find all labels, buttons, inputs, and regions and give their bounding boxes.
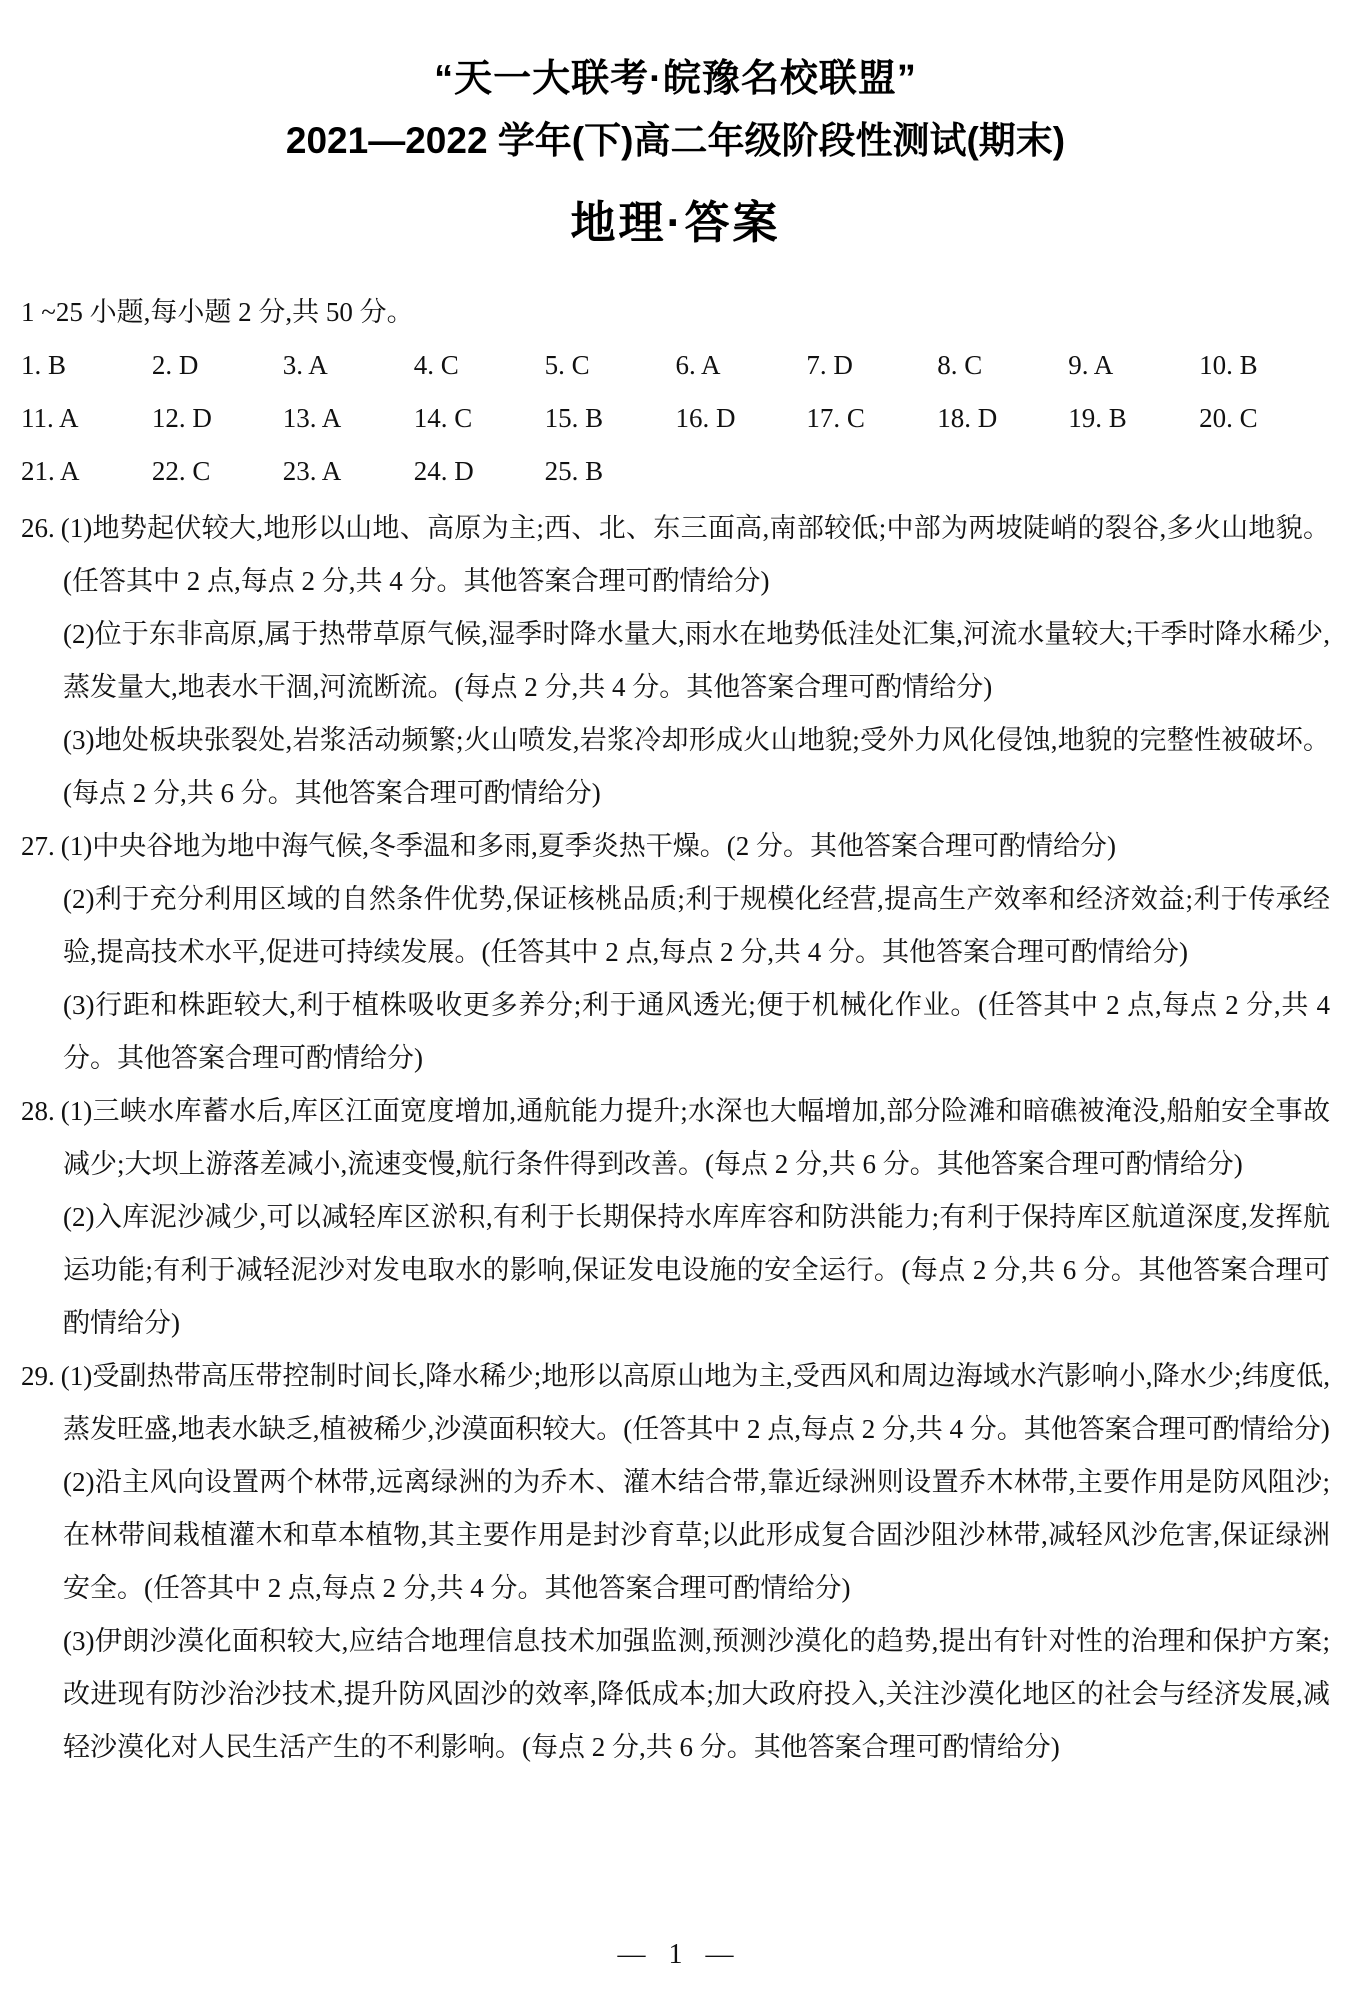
question-part: 26.(1)地势起伏较大,地形以山地、高原为主;西、北、东三面高,南部较低;中部… bbox=[63, 502, 1330, 608]
choice-answer-cell: 13. A bbox=[283, 392, 414, 445]
answer-sheet-page: “天一大联考·皖豫名校联盟” 2021—2022 学年(下)高二年级阶段性测试(… bbox=[0, 0, 1351, 2000]
choice-answer-cell: 11. A bbox=[21, 392, 152, 445]
question-number: 28. bbox=[21, 1096, 55, 1126]
question-29: 29.(1)受副热带高压带控制时间长,降水稀少;地形以高原山地为主,受西风和周边… bbox=[21, 1350, 1330, 1774]
question-part: 29.(1)受副热带高压带控制时间长,降水稀少;地形以高原山地为主,受西风和周边… bbox=[63, 1350, 1330, 1456]
subject-title: 地理·答案 bbox=[21, 196, 1330, 250]
question-part: 27.(1)中央谷地为地中海气候,冬季温和多雨,夏季炎热干燥。(2 分。其他答案… bbox=[63, 820, 1330, 873]
choice-answer-cell: 15. B bbox=[545, 392, 676, 445]
question-28: 28.(1)三峡水库蓄水后,库区江面宽度增加,通航能力提升;水深也大幅增加,部分… bbox=[21, 1085, 1330, 1350]
page-number: — 1 — bbox=[0, 1928, 1351, 1981]
league-title: “天一大联考·皖豫名校联盟” bbox=[21, 56, 1330, 102]
choice-answer-cell: 2. D bbox=[152, 339, 283, 392]
choice-answer-cell: 21. A bbox=[21, 445, 152, 498]
choice-answer-cell: 1. B bbox=[21, 339, 152, 392]
choice-answer-cell: 10. B bbox=[1199, 339, 1330, 392]
question-part: (2)沿主风向设置两个林带,远离绿洲的为乔木、灌木结合带,靠近绿洲则设置乔木林带… bbox=[63, 1456, 1330, 1615]
choice-answer-cell: 6. A bbox=[675, 339, 806, 392]
choice-answer-cell: 25. B bbox=[545, 445, 676, 498]
question-26: 26.(1)地势起伏较大,地形以山地、高原为主;西、北、东三面高,南部较低;中部… bbox=[21, 502, 1330, 820]
choice-answer-cell: 4. C bbox=[414, 339, 545, 392]
choice-answer-cell: 5. C bbox=[545, 339, 676, 392]
question-part: (3)行距和株距较大,利于植株吸收更多养分;利于通风透光;便于机械化作业。(任答… bbox=[63, 979, 1330, 1085]
choice-answer-cell: 19. B bbox=[1068, 392, 1199, 445]
choice-answer-cell: 24. D bbox=[414, 445, 545, 498]
choice-answer-cell: 12. D bbox=[152, 392, 283, 445]
choice-answer-cell: 3. A bbox=[283, 339, 414, 392]
choice-answers-grid: 1. B2. D3. A4. C5. C6. A7. D8. C9. A10. … bbox=[21, 339, 1330, 498]
question-part: (3)地处板块张裂处,岩浆活动频繁;火山喷发,岩浆冷却形成火山地貌;受外力风化侵… bbox=[63, 714, 1330, 820]
scoring-note: 1 ~25 小题,每小题 2 分,共 50 分。 bbox=[21, 286, 1330, 339]
question-part: (3)伊朗沙漠化面积较大,应结合地理信息技术加强监测,预测沙漠化的趋势,提出有针… bbox=[63, 1615, 1330, 1774]
question-number: 29. bbox=[21, 1361, 55, 1391]
question-number: 27. bbox=[21, 831, 55, 861]
choice-answer-cell: 17. C bbox=[806, 392, 937, 445]
free-response-answers: 26.(1)地势起伏较大,地形以山地、高原为主;西、北、东三面高,南部较低;中部… bbox=[21, 502, 1330, 1774]
choice-answer-cell: 8. C bbox=[937, 339, 1068, 392]
question-part: (2)入库泥沙减少,可以减轻库区淤积,有利于长期保持水库库容和防洪能力;有利于保… bbox=[63, 1191, 1330, 1350]
question-number: 26. bbox=[21, 513, 55, 543]
question-part: 28.(1)三峡水库蓄水后,库区江面宽度增加,通航能力提升;水深也大幅增加,部分… bbox=[63, 1085, 1330, 1191]
choice-answer-cell: 22. C bbox=[152, 445, 283, 498]
question-part: (2)利于充分利用区域的自然条件优势,保证核桃品质;利于规模化经营,提高生产效率… bbox=[63, 873, 1330, 979]
session-title: 2021—2022 学年(下)高二年级阶段性测试(期末) bbox=[21, 118, 1330, 164]
choice-answer-cell: 23. A bbox=[283, 445, 414, 498]
choice-answer-cell: 18. D bbox=[937, 392, 1068, 445]
choice-answer-cell: 14. C bbox=[414, 392, 545, 445]
question-27: 27.(1)中央谷地为地中海气候,冬季温和多雨,夏季炎热干燥。(2 分。其他答案… bbox=[21, 820, 1330, 1085]
question-part: (2)位于东非高原,属于热带草原气候,湿季时降水量大,雨水在地势低洼处汇集,河流… bbox=[63, 608, 1330, 714]
choice-answer-cell: 9. A bbox=[1068, 339, 1199, 392]
choice-answer-cell: 7. D bbox=[806, 339, 937, 392]
choice-answer-cell: 16. D bbox=[675, 392, 806, 445]
choice-answer-cell: 20. C bbox=[1199, 392, 1330, 445]
